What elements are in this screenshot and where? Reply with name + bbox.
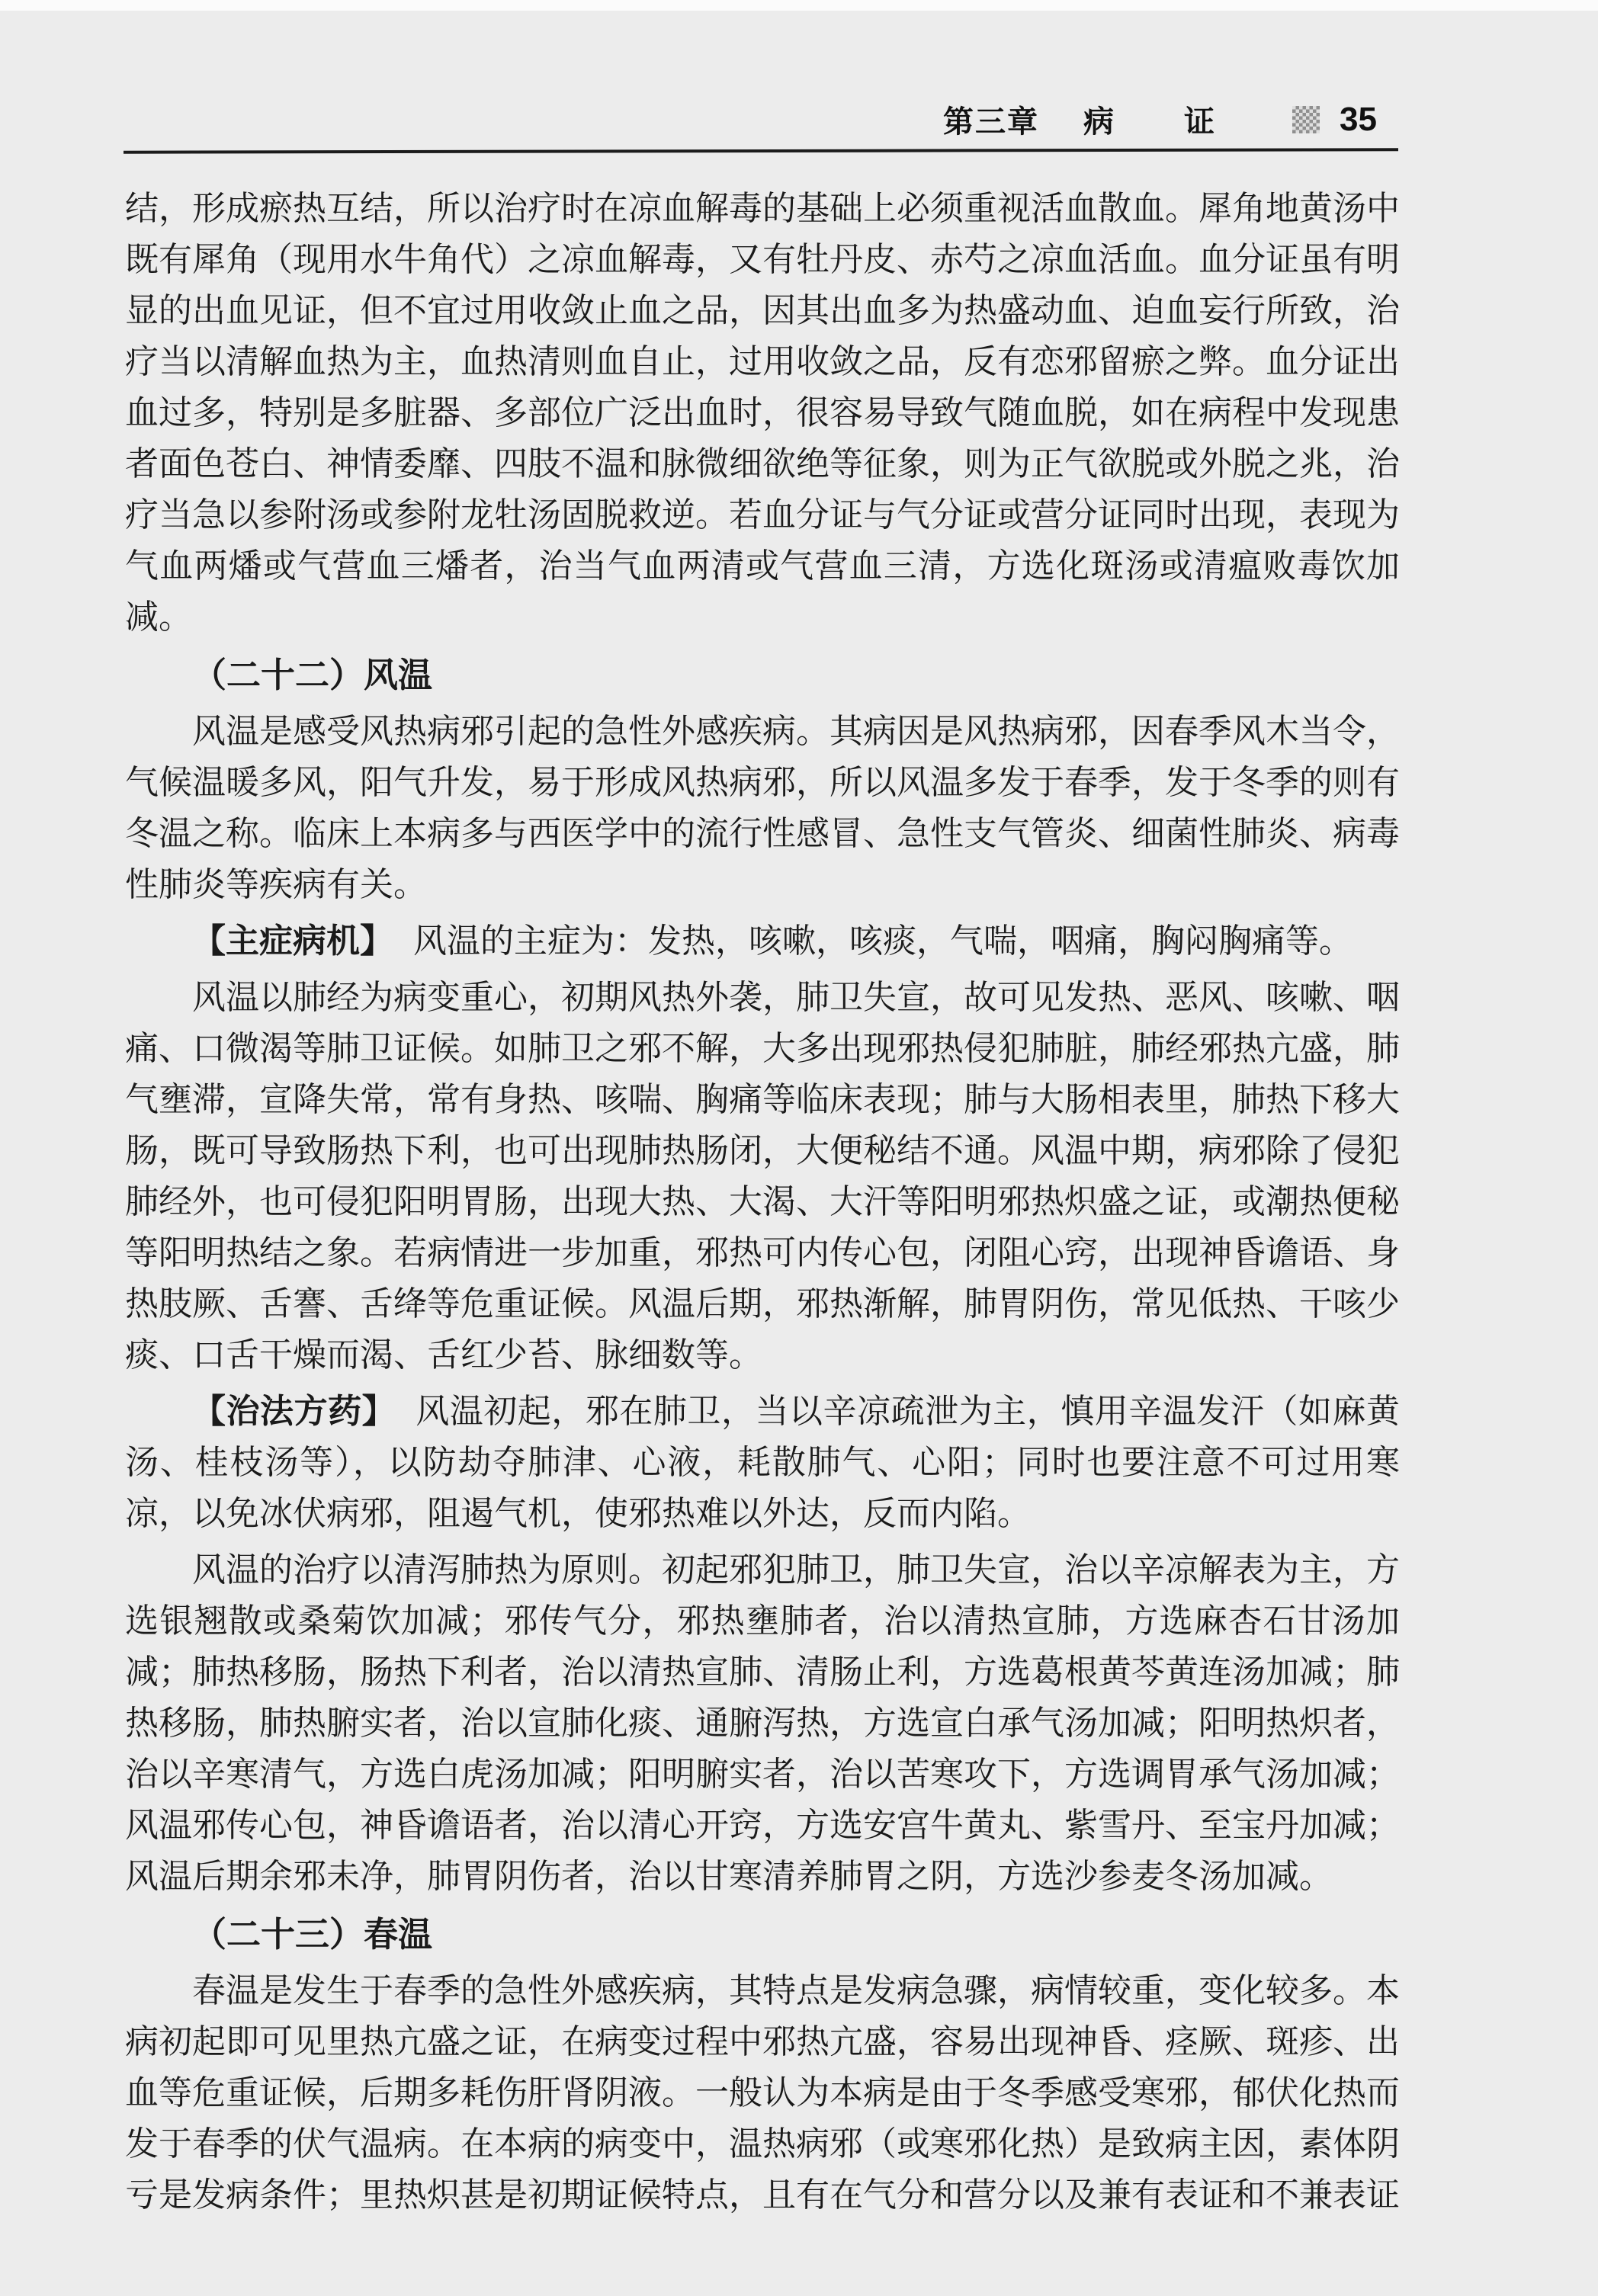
- body-paragraph: 结，形成瘀热互结，所以治疗时在凉血解毒的基础上必须重视活血散血。犀角地黄汤中既有…: [125, 183, 1400, 643]
- paragraph-label: 【主症病机】: [192, 922, 393, 960]
- body-paragraph: 风温是感受风热病邪引起的急性外感疾病。其病因是风热病邪，因春季风木当令，气候温暖…: [125, 706, 1400, 910]
- labeled-paragraph: 【主症病机】风温的主症为：发热，咳嗽，咳痰，气喘，咽痛，胸闷胸痛等。: [125, 916, 1400, 967]
- labeled-paragraph: 【治法方药】风温初起，邪在肺卫，当以辛凉疏泄为主，慎用辛温发汗（如麻黄汤、桂枝汤…: [125, 1386, 1400, 1539]
- body-paragraph: 春温是发生于春季的急性外感疾病，其特点是发病急骤，病情较重，变化较多。本病初起即…: [125, 1965, 1400, 2221]
- page-body: 结，形成瘀热互结，所以治疗时在凉血解毒的基础上必须重视活血散血。犀角地黄汤中既有…: [125, 183, 1400, 2221]
- body-paragraph: 风温的治疗以清泻肺热为原则。初起邪犯肺卫，肺卫失宣，治以辛凉解表为主，方选银翘散…: [125, 1544, 1400, 1902]
- body-paragraph: 风温以肺经为病变重心，初期风热外袭，肺卫失宣，故可见发热、恶风、咳嗽、咽痛、口微…: [125, 972, 1400, 1380]
- book-page: 第三章 病 证 35 结，形成瘀热互结，所以治疗时在凉血解毒的基础上必须重视活血…: [0, 0, 1598, 2296]
- halftone-square-icon: [1292, 106, 1320, 133]
- chapter-label: 第三章: [943, 98, 1039, 141]
- scan-edge: [0, 0, 1598, 11]
- page-header: 第三章 病 证 35: [943, 98, 1377, 141]
- page-number: 35: [1340, 101, 1377, 139]
- section-title-char-1: 病: [1083, 98, 1115, 141]
- section-heading: （二十二）风温: [125, 649, 1400, 701]
- paragraph-label: 【治法方药】: [192, 1393, 396, 1430]
- section-heading: （二十三）春温: [125, 1909, 1400, 1960]
- header-rule: [124, 148, 1398, 154]
- section-title-char-2: 证: [1184, 98, 1216, 141]
